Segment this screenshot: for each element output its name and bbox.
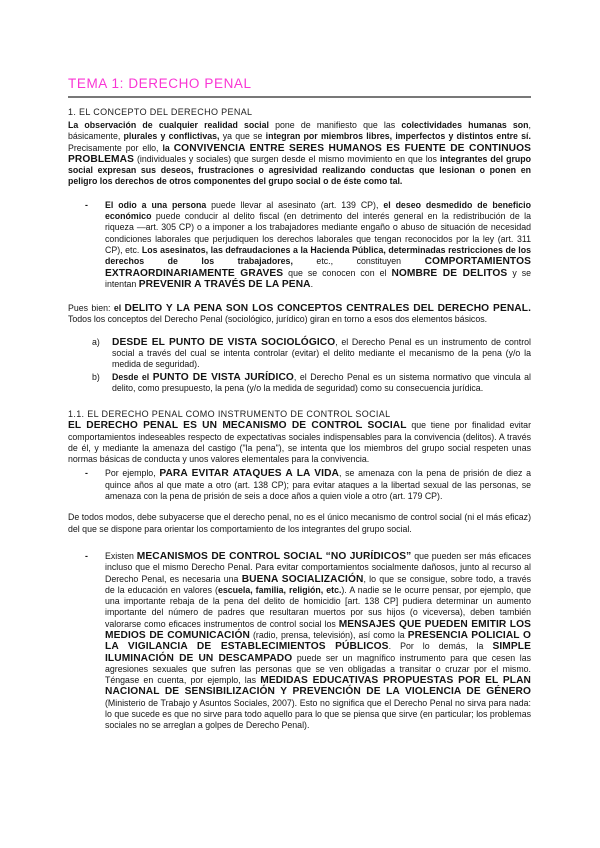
text-run: (radio, prensa, televisión), así como la <box>250 630 408 640</box>
title-underline <box>68 96 531 98</box>
list-item-text: DESDE EL PUNTO DE VISTA SOCIOLÓGICO, el … <box>112 337 531 371</box>
list-item-a-punto-vista-sociologico: a) DESDE EL PUNTO DE VISTA SOCIOLÓGICO, … <box>68 337 531 371</box>
text-run: PREVENIR A TRAVÉS DE LA PENA <box>139 279 311 290</box>
text-run: Desde el <box>112 372 153 382</box>
bullet-text: Existen MECANISMOS DE CONTROL SOCIAL “NO… <box>105 551 531 732</box>
text-run: MECANISMOS DE CONTROL SOCIAL “NO JURÍDIC… <box>137 551 412 562</box>
text-run: EL DERECHO PENAL ES UN MECANISMO DE CONT… <box>68 420 407 431</box>
dash-marker: - <box>85 468 105 502</box>
text-run: Por ejemplo, <box>105 468 159 478</box>
bullet-ejemplo-evitar-ataques: - Por ejemplo, PARA EVITAR ATAQUES A LA … <box>68 468 531 502</box>
text-run: DESDE EL PUNTO DE VISTA SOCIOLÓGICO <box>112 337 335 348</box>
text-run: ya que se <box>219 131 265 141</box>
text-run: DELITO Y LA PENA SON LOS CONCEPTOS CENTR… <box>125 303 532 314</box>
text-run: plurales y conflictivas, <box>124 131 220 141</box>
text-run: La observación de cualquier realidad soc… <box>68 120 269 130</box>
text-run: la <box>162 143 173 153</box>
text-run: El odio a una persona <box>105 200 206 210</box>
document-page: TEMA 1: DERECHO PENAL 1. EL CONCEPTO DEL… <box>0 0 600 848</box>
text-run: De todos modos, debe subyacerse que el d… <box>68 512 533 533</box>
dash-marker: - <box>85 551 105 732</box>
text-run: colectividades humanas son <box>401 120 528 130</box>
text-run: que se conocen con el <box>283 268 391 278</box>
text-run: Pues bien: <box>68 303 114 313</box>
bullet-text: Por ejemplo, PARA EVITAR ATAQUES A LA VI… <box>105 468 531 502</box>
text-run: . Por lo demás, la <box>389 641 493 651</box>
paragraph-mecanismo-control-social: EL DERECHO PENAL ES UN MECANISMO DE CONT… <box>68 420 531 465</box>
text-run: etc., constituyen <box>293 256 425 266</box>
list-marker-a: a) <box>92 337 112 371</box>
heading-instrumento-control-social: 1.1. EL DERECHO PENAL COMO INSTRUMENTO D… <box>68 409 531 419</box>
text-run: Existen <box>105 551 137 561</box>
text-run: NOMBRE DE DELITOS <box>391 268 507 279</box>
paragraph-observacion-social: La observación de cualquier realidad soc… <box>68 120 531 188</box>
text-run: BUENA SOCIALIZACIÓN <box>242 574 364 585</box>
text-run: (individuales y sociales) que surgen des… <box>134 154 440 164</box>
text-run: PARA EVITAR ATAQUES A LA VIDA <box>159 468 339 479</box>
bullet-delitos-ejemplos: - El odio a una persona puede llevar al … <box>68 200 531 290</box>
text-run: pone de manifiesto que las <box>269 120 401 130</box>
bullet-mecanismos-no-juridicos: - Existen MECANISMOS DE CONTROL SOCIAL “… <box>68 551 531 732</box>
text-run: escuela, familia, religión, etc. <box>218 585 341 595</box>
bullet-text: El odio a una persona puede llevar al as… <box>105 200 531 290</box>
list-item-b-punto-vista-juridico: b) Desde el PUNTO DE VISTA JURÍDICO, el … <box>68 372 531 395</box>
text-run: integran por miembros libres, imperfecto… <box>266 131 531 141</box>
text-run: . <box>311 279 313 289</box>
paragraph-delito-pena-conceptos: Pues bien: el DELITO Y LA PENA SON LOS C… <box>68 303 531 326</box>
text-run: puede llevar al asesinato (art. 139 CP), <box>206 200 383 210</box>
text-run: el <box>114 303 125 313</box>
list-item-text: Desde el PUNTO DE VISTA JURÍDICO, el Der… <box>112 372 531 395</box>
paragraph-unico-mecanismo: De todos modos, debe subyacerse que el d… <box>68 512 531 535</box>
list-marker-b: b) <box>92 372 112 395</box>
dash-marker: - <box>85 200 105 290</box>
heading-concepto-derecho-penal: 1. EL CONCEPTO DEL DERECHO PENAL <box>68 107 531 117</box>
document-title: TEMA 1: DERECHO PENAL <box>68 76 531 91</box>
text-run: PUNTO DE VISTA JURÍDICO <box>153 372 294 383</box>
